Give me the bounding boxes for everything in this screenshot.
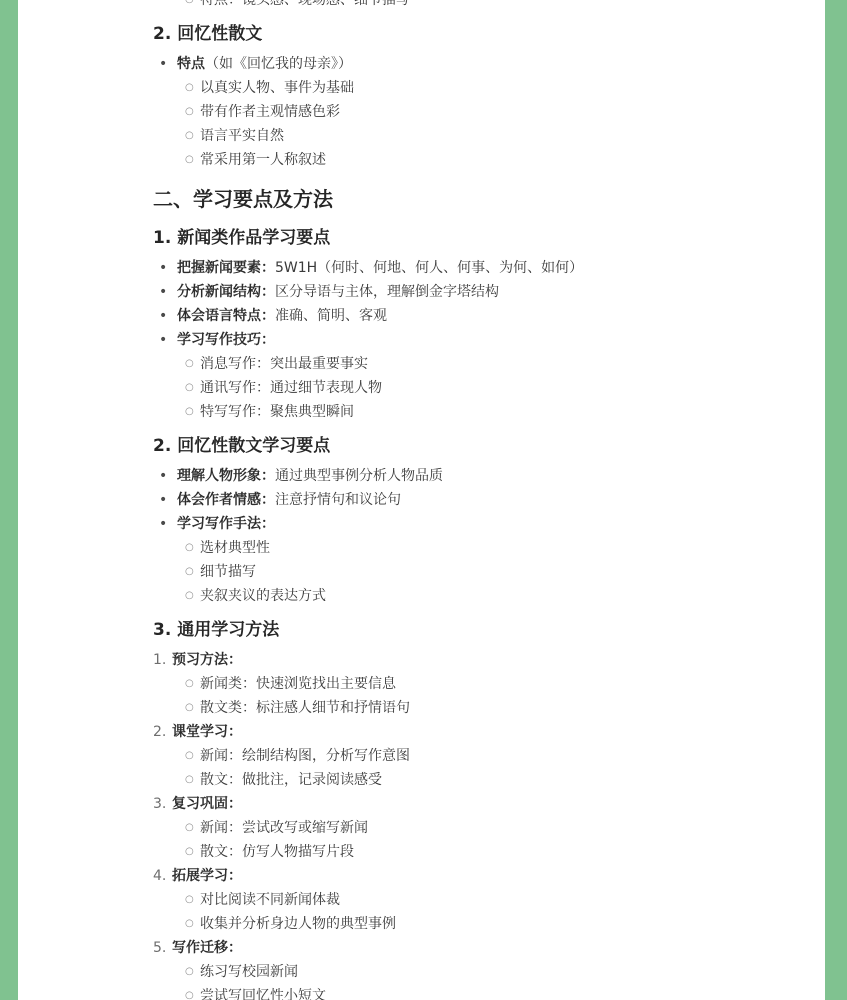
list-item: •特点（如《回忆我的母亲》） (153, 52, 783, 76)
bullet-icon: • (159, 512, 167, 536)
circle-icon: ○ (185, 840, 194, 864)
bullet-icon: • (159, 256, 167, 280)
list-item: •学习写作手法： (153, 512, 783, 536)
circle-icon: ○ (185, 744, 194, 768)
sub-list-item-text: 消息写作：突出最重要事实 (200, 356, 368, 372)
circle-icon: ○ (185, 984, 194, 1000)
circle-icon: ○ (185, 536, 194, 560)
numbered-list-item: 2.课堂学习： (153, 720, 783, 744)
sub-list-item-text: 新闻：尝试改写或缩写新闻 (200, 820, 368, 836)
section-heading: 二、学习要点及方法 (153, 184, 783, 214)
circle-icon: ○ (185, 148, 194, 172)
sub-list-item: ○散文：做批注，记录阅读感受 (153, 768, 783, 792)
sub-list-item: ○通讯写作：通过细节表现人物 (153, 376, 783, 400)
sub-list-item-text: 特点：镜头感、现场感、细节描写 (200, 0, 410, 8)
numbered-item-label: 课堂学习： (172, 724, 242, 740)
circle-icon: ○ (185, 672, 194, 696)
subsection-heading: 1. 新闻类作品学习要点 (153, 226, 783, 250)
sub-list-item: ○特点：镜头感、现场感、细节描写 (153, 0, 783, 12)
circle-icon: ○ (185, 584, 194, 608)
subsection-heading: 2. 回忆性散文 (153, 22, 783, 46)
list-item-label: 学习写作手法： (177, 516, 275, 532)
sub-list-item-text: 收集并分析身边人物的典型事例 (200, 916, 396, 932)
list-number: 1. (153, 648, 166, 672)
sub-list-item: ○特写写作：聚焦典型瞬间 (153, 400, 783, 424)
list-item-label: 把握新闻要素： (177, 260, 275, 276)
list-item-text: 通过典型事例分析人物品质 (275, 468, 443, 484)
circle-icon: ○ (185, 376, 194, 400)
numbered-item-label: 拓展学习： (172, 868, 242, 884)
sub-list-item-text: 通讯写作：通过细节表现人物 (200, 380, 382, 396)
sub-list-item-text: 练习写校园新闻 (200, 964, 298, 980)
circle-icon: ○ (185, 768, 194, 792)
sub-list-item: ○语言平实自然 (153, 124, 783, 148)
list-item-text: 准确、简明、客观 (275, 308, 387, 324)
sub-list-item: ○尝试写回忆性小短文 (153, 984, 783, 1000)
numbered-item-label: 写作迁移： (172, 940, 242, 956)
sub-list-item: ○消息写作：突出最重要事实 (153, 352, 783, 376)
list-number: 3. (153, 792, 166, 816)
circle-icon: ○ (185, 0, 194, 12)
bullet-icon: • (159, 304, 167, 328)
list-item-label: 理解人物形象： (177, 468, 275, 484)
list-item-text: （如《回忆我的母亲》） (205, 56, 352, 72)
sub-list-item-text: 细节描写 (200, 564, 256, 580)
sub-list-item: ○细节描写 (153, 560, 783, 584)
circle-icon: ○ (185, 560, 194, 584)
sub-list-item: ○新闻：尝试改写或缩写新闻 (153, 816, 783, 840)
sub-list-item: ○收集并分析身边人物的典型事例 (153, 912, 783, 936)
list-item-text: 5W1H（何时、何地、何人、何事、为何、如何） (275, 260, 583, 276)
circle-icon: ○ (185, 888, 194, 912)
sub-list-item-text: 常采用第一人称叙述 (200, 152, 326, 168)
bullet-icon: • (159, 488, 167, 512)
sub-list-item: ○对比阅读不同新闻体裁 (153, 888, 783, 912)
left-green-border (0, 0, 18, 1000)
bullet-icon: • (159, 52, 167, 76)
sub-list-item-text: 尝试写回忆性小短文 (200, 988, 326, 1000)
list-item: •理解人物形象：通过典型事例分析人物品质 (153, 464, 783, 488)
list-number: 4. (153, 864, 166, 888)
document-page: ○特点：镜头感、现场感、细节描写2. 回忆性散文•特点（如《回忆我的母亲》）○以… (0, 0, 847, 1000)
circle-icon: ○ (185, 124, 194, 148)
circle-icon: ○ (185, 960, 194, 984)
circle-icon: ○ (185, 912, 194, 936)
sub-list-item-text: 特写写作：聚焦典型瞬间 (200, 404, 354, 420)
sub-list-item-text: 夹叙夹议的表达方式 (200, 588, 326, 604)
sub-list-item-text: 新闻类：快速浏览找出主要信息 (200, 676, 396, 692)
sub-list-item-text: 语言平实自然 (200, 128, 284, 144)
sub-list-item-text: 散文类：标注感人细节和抒情语句 (200, 700, 410, 716)
list-item-label: 特点 (177, 56, 205, 72)
sub-list-item: ○常采用第一人称叙述 (153, 148, 783, 172)
numbered-list-item: 3.复习巩固： (153, 792, 783, 816)
sub-list-item-text: 散文：仿写人物描写片段 (200, 844, 354, 860)
sub-list-item-text: 以真实人物、事件为基础 (200, 80, 354, 96)
list-item-label: 体会作者情感： (177, 492, 275, 508)
document-content: ○特点：镜头感、现场感、细节描写2. 回忆性散文•特点（如《回忆我的母亲》）○以… (153, 0, 783, 1000)
list-item-label: 体会语言特点： (177, 308, 275, 324)
subsection-heading: 3. 通用学习方法 (153, 618, 783, 642)
circle-icon: ○ (185, 76, 194, 100)
sub-list-item: ○新闻类：快速浏览找出主要信息 (153, 672, 783, 696)
numbered-list-item: 4.拓展学习： (153, 864, 783, 888)
list-number: 5. (153, 936, 166, 960)
sub-list-item: ○以真实人物、事件为基础 (153, 76, 783, 100)
list-item: •学习写作技巧： (153, 328, 783, 352)
right-green-border (825, 0, 847, 1000)
list-item: •体会语言特点：准确、简明、客观 (153, 304, 783, 328)
sub-list-item: ○散文类：标注感人细节和抒情语句 (153, 696, 783, 720)
list-number: 2. (153, 720, 166, 744)
circle-icon: ○ (185, 696, 194, 720)
sub-list-item-text: 带有作者主观情感色彩 (200, 104, 340, 120)
sub-list-item-text: 对比阅读不同新闻体裁 (200, 892, 340, 908)
list-item: •分析新闻结构：区分导语与主体，理解倒金字塔结构 (153, 280, 783, 304)
sub-list-item-text: 选材典型性 (200, 540, 270, 556)
sub-list-item: ○带有作者主观情感色彩 (153, 100, 783, 124)
list-item-text: 注意抒情句和议论句 (275, 492, 401, 508)
bullet-icon: • (159, 280, 167, 304)
sub-list-item: ○夹叙夹议的表达方式 (153, 584, 783, 608)
subsection-heading: 2. 回忆性散文学习要点 (153, 434, 783, 458)
list-item-text: 区分导语与主体，理解倒金字塔结构 (275, 284, 499, 300)
sub-list-item: ○新闻：绘制结构图，分析写作意图 (153, 744, 783, 768)
numbered-list-item: 1.预习方法： (153, 648, 783, 672)
list-item: •体会作者情感：注意抒情句和议论句 (153, 488, 783, 512)
circle-icon: ○ (185, 352, 194, 376)
sub-list-item: ○选材典型性 (153, 536, 783, 560)
sub-list-item-text: 新闻：绘制结构图，分析写作意图 (200, 748, 410, 764)
numbered-list-item: 5.写作迁移： (153, 936, 783, 960)
sub-list-item: ○散文：仿写人物描写片段 (153, 840, 783, 864)
sub-list-item: ○练习写校园新闻 (153, 960, 783, 984)
bullet-icon: • (159, 328, 167, 352)
circle-icon: ○ (185, 100, 194, 124)
sub-list-item-text: 散文：做批注，记录阅读感受 (200, 772, 382, 788)
list-item: •把握新闻要素：5W1H（何时、何地、何人、何事、为何、如何） (153, 256, 783, 280)
list-item-label: 分析新闻结构： (177, 284, 275, 300)
circle-icon: ○ (185, 816, 194, 840)
numbered-item-label: 预习方法： (172, 652, 242, 668)
numbered-item-label: 复习巩固： (172, 796, 242, 812)
circle-icon: ○ (185, 400, 194, 424)
list-item-label: 学习写作技巧： (177, 332, 275, 348)
bullet-icon: • (159, 464, 167, 488)
